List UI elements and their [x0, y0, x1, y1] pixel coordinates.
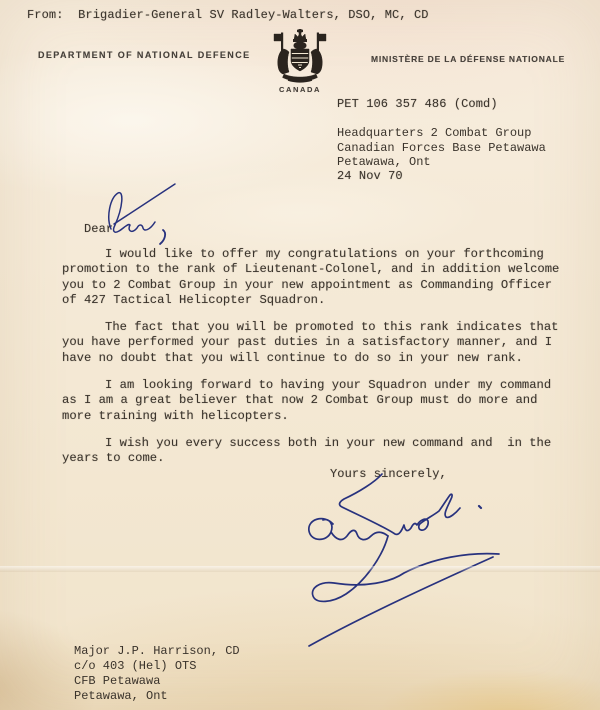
sender-address-line: Canadian Forces Base Petawawa [337, 141, 546, 156]
handwritten-signature-icon [283, 470, 513, 660]
sender-address-line: Headquarters 2 Combat Group [337, 126, 546, 141]
body-line: The fact that you will be promoted to th… [62, 320, 572, 335]
scanned-letter-page: From: Brigadier-General SV Radley-Walter… [0, 0, 600, 710]
recipient-line: c/o 403 (Hel) OTS [74, 659, 240, 674]
body-line: of 427 Tactical Helicopter Squadron. [62, 293, 572, 308]
body-line: have no doubt that you will continue to … [62, 351, 572, 366]
paragraph: I would like to offer my congratulations… [62, 247, 572, 308]
from-line: From: Brigadier-General SV Radley-Walter… [27, 8, 429, 22]
paragraph: I wish you every success both in your ne… [62, 436, 572, 467]
canada-coat-of-arms-icon: CANADA [268, 29, 332, 94]
body-line: promotion to the rank of Lieutenant-Colo… [62, 262, 572, 277]
sender-address-line: Petawawa, Ont [337, 155, 546, 170]
recipient-line: Petawawa, Ont [74, 689, 240, 704]
body-line: I wish you every success both in your ne… [62, 436, 572, 451]
letterhead-department-en: DEPARTMENT OF NATIONAL DEFENCE [38, 50, 251, 60]
recipient-line: Major J.P. Harrison, CD [74, 644, 240, 659]
reference-line: PET 106 357 486 (Comd) [337, 97, 498, 111]
letterhead-department-fr: MINISTÈRE DE LA DÉFENSE NATIONALE [371, 54, 565, 64]
body-line: you have performed your past duties in a… [62, 335, 572, 350]
body-line: as I am a great believer that now 2 Comb… [62, 393, 572, 408]
letter-body: I would like to offer my congratulations… [62, 247, 572, 479]
date-line: 24 Nov 70 [337, 169, 403, 183]
body-line: more training with helicopters. [62, 409, 572, 424]
paragraph: I am looking forward to having your Squa… [62, 378, 572, 424]
body-line: I would like to offer my congratulations… [62, 247, 572, 262]
body-line: I am looking forward to having your Squa… [62, 378, 572, 393]
body-line: years to come. [62, 451, 572, 466]
recipient-line: CFB Petawawa [74, 674, 240, 689]
recipient-address-block: Major J.P. Harrison, CD c/o 403 (Hel) OT… [74, 644, 240, 704]
sender-address-block: Headquarters 2 Combat Group Canadian For… [337, 126, 546, 170]
crest-caption: CANADA [268, 85, 332, 94]
paragraph: The fact that you will be promoted to th… [62, 320, 572, 366]
handwritten-name-pete [99, 177, 184, 247]
body-line: you to 2 Combat Group in your new appoin… [62, 278, 572, 293]
